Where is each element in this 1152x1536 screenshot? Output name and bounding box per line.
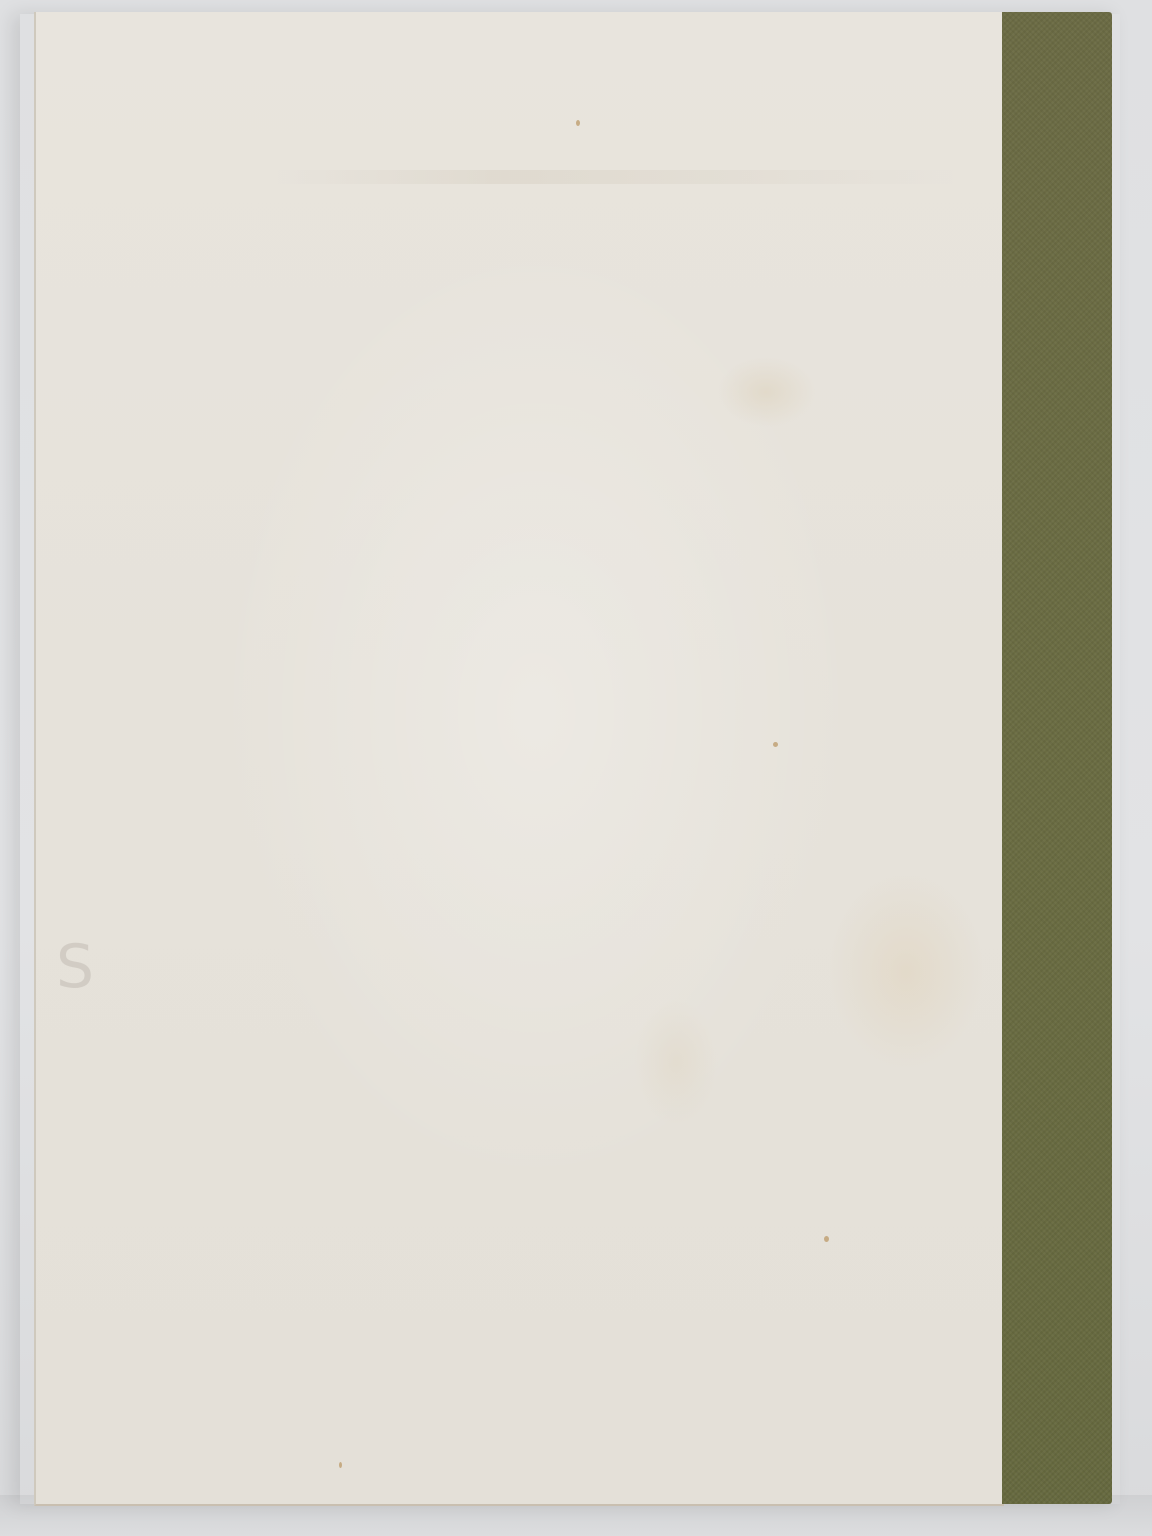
- foxing-spot: [824, 1236, 829, 1242]
- book: S: [34, 12, 1112, 1504]
- foxing-spot: [339, 1462, 342, 1468]
- faint-letter-mark: S: [56, 932, 94, 1002]
- cloth-spine: [1002, 12, 1112, 1504]
- foxing-spot: [773, 742, 778, 747]
- bleed-through-text: [276, 170, 956, 184]
- back-cover: S: [34, 12, 1004, 1506]
- foxing-spot: [576, 120, 580, 126]
